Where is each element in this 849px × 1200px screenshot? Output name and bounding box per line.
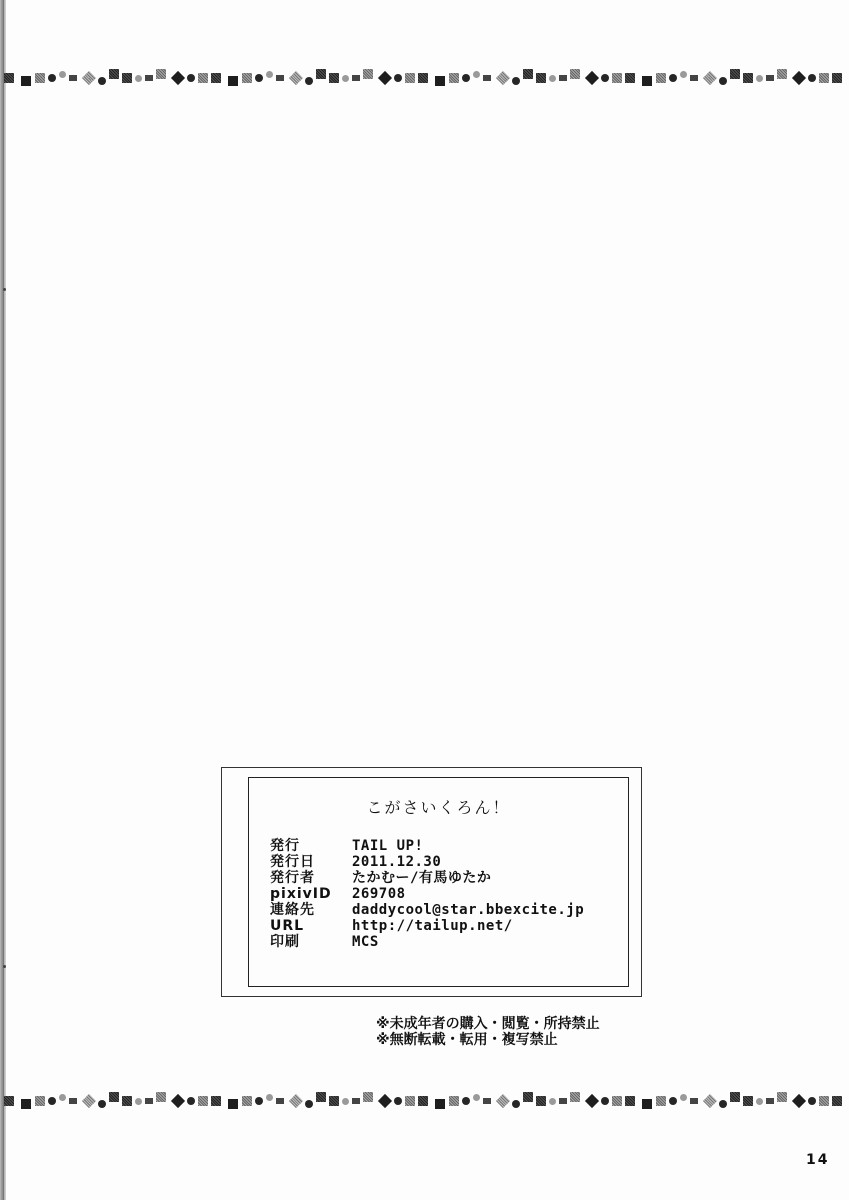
square-ornament-icon <box>523 69 533 79</box>
dot-ornament-icon <box>756 75 763 82</box>
spine-line <box>3 0 4 1200</box>
scan-speck <box>3 965 6 968</box>
info-row-printer: 印刷 MCS <box>270 934 584 950</box>
square-ornament-icon <box>109 69 119 79</box>
square-ornament-icon <box>145 75 153 81</box>
square-ornament-icon <box>156 69 166 79</box>
square-ornament-icon <box>4 1096 14 1106</box>
dot-ornament-icon <box>512 77 520 85</box>
info-value: 269708 <box>352 886 584 902</box>
diamond-ornament-icon <box>289 71 303 85</box>
info-row-contact: 連絡先 daddycool@star.bbexcite.jp <box>270 902 584 918</box>
square-ornament-icon <box>523 1092 533 1102</box>
square-ornament-icon <box>559 75 567 81</box>
square-ornament-icon <box>145 1098 153 1104</box>
dot-ornament-icon <box>549 75 556 82</box>
square-ornament-icon <box>766 1098 774 1104</box>
diamond-ornament-icon <box>642 1099 652 1109</box>
info-value: たかむー/有馬ゆたか <box>352 870 584 886</box>
diamond-ornament-icon <box>585 71 599 85</box>
square-ornament-icon <box>122 73 132 83</box>
info-row-url: URL http://tailup.net/ <box>270 918 584 934</box>
square-ornament-icon <box>612 1096 622 1106</box>
square-ornament-icon <box>363 1092 373 1102</box>
diamond-ornament-icon <box>703 1094 717 1108</box>
dot-ornament-icon <box>187 1097 195 1105</box>
square-ornament-icon <box>363 69 373 79</box>
diamond-ornament-icon <box>21 76 31 86</box>
info-value: 2011.12.30 <box>352 854 584 870</box>
dot-ornament-icon <box>266 71 273 78</box>
colophon-info-table: 発行 TAIL UP! 発行日 2011.12.30 発行者 たかむー/有馬ゆた… <box>270 838 584 950</box>
square-ornament-icon <box>777 1092 787 1102</box>
info-value: TAIL UP! <box>352 838 584 854</box>
square-ornament-icon <box>418 73 428 83</box>
info-row-pixiv: pixivID 269708 <box>270 886 584 902</box>
diamond-ornament-icon <box>703 71 717 85</box>
square-ornament-icon <box>690 75 698 81</box>
dot-ornament-icon <box>135 1098 142 1105</box>
square-ornament-icon <box>198 1096 208 1106</box>
dot-ornament-icon <box>601 1097 609 1105</box>
square-ornament-icon <box>766 75 774 81</box>
dot-ornament-icon <box>669 1097 677 1105</box>
legal-notices: ※未成年者の購入・閲覧・所持禁止 ※無断転載・転用・複写禁止 <box>376 1016 600 1048</box>
square-ornament-icon <box>211 73 221 83</box>
dot-ornament-icon <box>669 74 677 82</box>
square-ornament-icon <box>242 1096 252 1106</box>
info-value: MCS <box>352 934 584 950</box>
square-ornament-icon <box>483 75 491 81</box>
dot-ornament-icon <box>305 1100 313 1108</box>
dot-ornament-icon <box>98 1100 106 1108</box>
info-row-publisher: 発行 TAIL UP! <box>270 838 584 854</box>
dot-ornament-icon <box>266 1094 273 1101</box>
diamond-ornament-icon <box>82 71 96 85</box>
dot-ornament-icon <box>255 1097 263 1105</box>
dot-ornament-icon <box>719 1100 727 1108</box>
dot-ornament-icon <box>756 1098 763 1105</box>
dot-ornament-icon <box>473 1094 480 1101</box>
diamond-ornament-icon <box>585 1094 599 1108</box>
dot-ornament-icon <box>59 1094 66 1101</box>
square-ornament-icon <box>242 73 252 83</box>
decorative-border-bottom <box>4 1089 849 1113</box>
diamond-ornament-icon <box>21 1099 31 1109</box>
diamond-ornament-icon <box>435 76 445 86</box>
diamond-ornament-icon <box>496 71 510 85</box>
square-ornament-icon <box>109 1092 119 1102</box>
square-ornament-icon <box>449 73 459 83</box>
diamond-ornament-icon <box>171 1094 185 1108</box>
page-number: 14 <box>806 1152 829 1168</box>
square-ornament-icon <box>730 69 740 79</box>
square-ornament-icon <box>656 73 666 83</box>
dot-ornament-icon <box>187 74 195 82</box>
dot-ornament-icon <box>394 1097 402 1105</box>
square-ornament-icon <box>69 1098 77 1104</box>
dot-ornament-icon <box>342 75 349 82</box>
info-label: URL <box>270 918 352 934</box>
info-label: 印刷 <box>270 934 352 950</box>
square-ornament-icon <box>122 1096 132 1106</box>
dot-ornament-icon <box>719 77 727 85</box>
square-ornament-icon <box>449 1096 459 1106</box>
square-ornament-icon <box>316 69 326 79</box>
square-ornament-icon <box>276 1098 284 1104</box>
dot-ornament-icon <box>680 1094 687 1101</box>
diamond-ornament-icon <box>792 1094 806 1108</box>
square-ornament-icon <box>69 75 77 81</box>
diamond-ornament-icon <box>792 71 806 85</box>
diamond-ornament-icon <box>171 71 185 85</box>
dot-ornament-icon <box>601 74 609 82</box>
square-ornament-icon <box>625 73 635 83</box>
square-ornament-icon <box>743 1096 753 1106</box>
square-ornament-icon <box>329 73 339 83</box>
square-ornament-icon <box>690 1098 698 1104</box>
square-ornament-icon <box>612 73 622 83</box>
square-ornament-icon <box>730 1092 740 1102</box>
dot-ornament-icon <box>305 77 313 85</box>
square-ornament-icon <box>570 1092 580 1102</box>
diamond-ornament-icon <box>82 1094 96 1108</box>
info-row-author: 発行者 たかむー/有馬ゆたか <box>270 870 584 886</box>
info-value: http://tailup.net/ <box>352 918 584 934</box>
diamond-ornament-icon <box>289 1094 303 1108</box>
dot-ornament-icon <box>808 74 816 82</box>
square-ornament-icon <box>570 69 580 79</box>
dot-ornament-icon <box>462 74 470 82</box>
square-ornament-icon <box>156 1092 166 1102</box>
square-ornament-icon <box>198 73 208 83</box>
diamond-ornament-icon <box>228 76 238 86</box>
square-ornament-icon <box>405 73 415 83</box>
diamond-ornament-icon <box>378 1094 392 1108</box>
info-label: 発行日 <box>270 854 352 870</box>
square-ornament-icon <box>536 1096 546 1106</box>
dot-ornament-icon <box>48 74 56 82</box>
dot-ornament-icon <box>512 1100 520 1108</box>
square-ornament-icon <box>832 1096 842 1106</box>
decorative-border-top <box>4 66 849 90</box>
square-ornament-icon <box>4 73 14 83</box>
scan-speck <box>3 288 6 291</box>
dot-ornament-icon <box>473 71 480 78</box>
dot-ornament-icon <box>135 75 142 82</box>
dot-ornament-icon <box>255 74 263 82</box>
dot-ornament-icon <box>549 1098 556 1105</box>
square-ornament-icon <box>656 1096 666 1106</box>
square-ornament-icon <box>35 73 45 83</box>
info-label: 連絡先 <box>270 902 352 918</box>
square-ornament-icon <box>832 73 842 83</box>
square-ornament-icon <box>777 69 787 79</box>
square-ornament-icon <box>483 1098 491 1104</box>
square-ornament-icon <box>352 75 360 81</box>
info-label: pixivID <box>270 886 352 902</box>
square-ornament-icon <box>316 1092 326 1102</box>
square-ornament-icon <box>743 73 753 83</box>
diamond-ornament-icon <box>378 71 392 85</box>
square-ornament-icon <box>536 73 546 83</box>
dot-ornament-icon <box>808 1097 816 1105</box>
square-ornament-icon <box>276 75 284 81</box>
dot-ornament-icon <box>394 74 402 82</box>
square-ornament-icon <box>819 1096 829 1106</box>
diamond-ornament-icon <box>642 76 652 86</box>
diamond-ornament-icon <box>435 1099 445 1109</box>
square-ornament-icon <box>352 1098 360 1104</box>
diamond-ornament-icon <box>496 1094 510 1108</box>
dot-ornament-icon <box>462 1097 470 1105</box>
info-label: 発行者 <box>270 870 352 886</box>
square-ornament-icon <box>559 1098 567 1104</box>
book-title: こがさいくろん！ <box>248 795 629 818</box>
dot-ornament-icon <box>342 1098 349 1105</box>
square-ornament-icon <box>35 1096 45 1106</box>
square-ornament-icon <box>819 73 829 83</box>
square-ornament-icon <box>418 1096 428 1106</box>
dot-ornament-icon <box>98 77 106 85</box>
diamond-ornament-icon <box>228 1099 238 1109</box>
dot-ornament-icon <box>48 1097 56 1105</box>
square-ornament-icon <box>625 1096 635 1106</box>
square-ornament-icon <box>329 1096 339 1106</box>
dot-ornament-icon <box>59 71 66 78</box>
notice-minors: ※未成年者の購入・閲覧・所持禁止 <box>376 1016 600 1032</box>
info-row-date: 発行日 2011.12.30 <box>270 854 584 870</box>
square-ornament-icon <box>211 1096 221 1106</box>
square-ornament-icon <box>405 1096 415 1106</box>
notice-copyright: ※無断転載・転用・複写禁止 <box>376 1032 600 1048</box>
info-value: daddycool@star.bbexcite.jp <box>352 902 584 918</box>
info-label: 発行 <box>270 838 352 854</box>
dot-ornament-icon <box>680 71 687 78</box>
